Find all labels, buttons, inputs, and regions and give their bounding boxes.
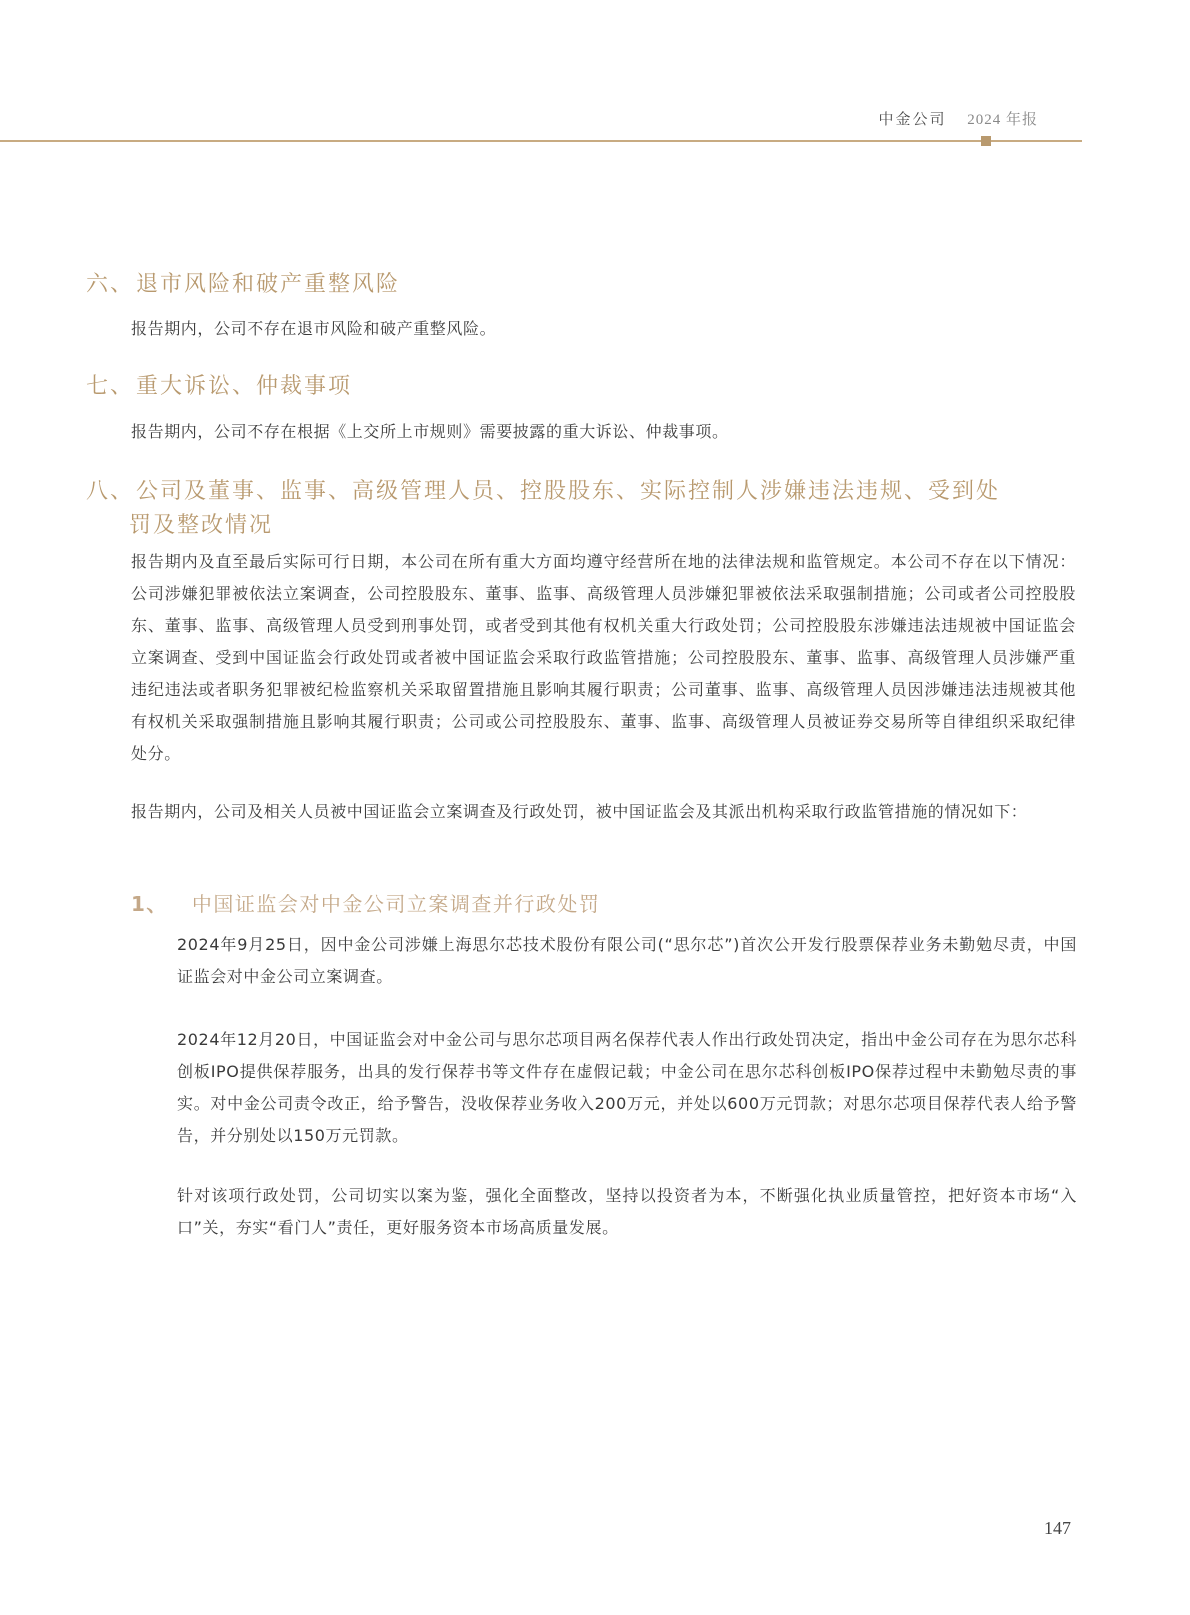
header-title: 中金公司 2024 年报 bbox=[878, 108, 1038, 129]
section-heading-6: 六、退市风险和破产重整风险 bbox=[86, 268, 400, 302]
header-marker-square bbox=[981, 136, 991, 146]
section-heading-8: 八、公司及董事、监事、高级管理人员、控股股东、实际控制人涉嫌违法违规、受到处 罚… bbox=[86, 475, 1076, 543]
subsection-1-paragraph-3: 针对该项行政处罚，公司切实以案为鉴，强化全面整改，坚持以投资者为本，不断强化执业… bbox=[177, 1180, 1077, 1244]
section-7-paragraph: 报告期内，公司不存在根据《上交所上市规则》需要披露的重大诉讼、仲裁事项。 bbox=[131, 416, 1076, 448]
section-heading-7: 七、重大诉讼、仲裁事项 bbox=[86, 370, 352, 404]
section-8-paragraph-1: 报告期内及直至最后实际可行日期，本公司在所有重大方面均遵守经营所在地的法律法规和… bbox=[131, 546, 1076, 770]
header-divider bbox=[0, 140, 1082, 142]
section-8-paragraph-2: 报告期内，公司及相关人员被中国证监会立案调查及行政处罚，被中国证监会及其派出机构… bbox=[131, 796, 1076, 828]
header-company: 中金公司 bbox=[878, 110, 946, 128]
subsection-heading-1: 1、中国证监会对中金公司立案调查并行政处罚 bbox=[131, 888, 600, 917]
page-number: 147 bbox=[1044, 1518, 1071, 1539]
section-6-paragraph: 报告期内，公司不存在退市风险和破产重整风险。 bbox=[131, 313, 1076, 345]
subsection-1-paragraph-1: 2024年9月25日，因中金公司涉嫌上海思尔芯技术股份有限公司(“思尔芯”)首次… bbox=[177, 929, 1077, 993]
header-year-report: 2024 年报 bbox=[967, 112, 1038, 128]
subsection-1-paragraph-2: 2024年12月20日，中国证监会对中金公司与思尔芯项目两名保荐代表人作出行政处… bbox=[177, 1024, 1077, 1152]
